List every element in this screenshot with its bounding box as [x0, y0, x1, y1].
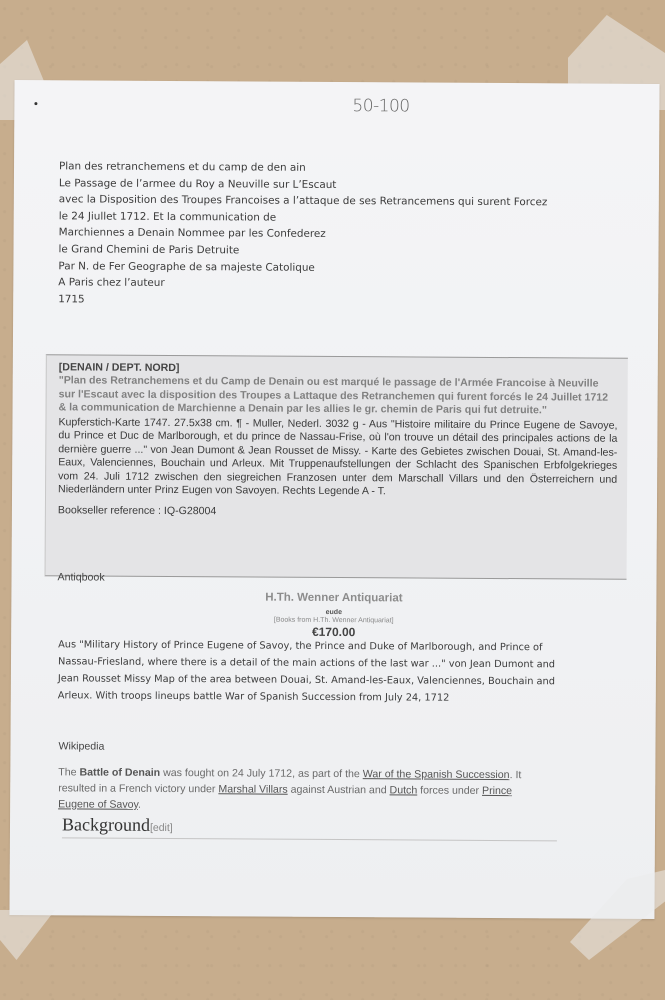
source-label: Antiqbook — [57, 571, 104, 583]
english-translation: Aus "Military History of Prince Eugene o… — [58, 636, 578, 707]
background-section-heading: Background[edit] — [62, 814, 557, 841]
seller-name: H.Th. Wenner Antiquariat — [11, 590, 656, 606]
handwritten-price-note: 50-100 — [352, 96, 409, 116]
link-war-of-spanish-succession[interactable]: War of the Spanish Succession — [363, 768, 510, 781]
tape-bottom-left — [0, 910, 55, 960]
wikipedia-label: Wikipedia — [58, 740, 104, 752]
edit-link[interactable]: [edit] — [150, 822, 173, 834]
bold-term: Battle of Denain — [79, 766, 160, 778]
transcription-line: 1715 — [58, 291, 547, 311]
text: forces under — [417, 785, 482, 797]
text: The — [58, 766, 79, 778]
title-transcription: Plan des retranchemens et du camp de den… — [58, 158, 547, 310]
section-heading: Background — [62, 814, 150, 835]
listing-description: Kupferstich-Karte 1747. 27.5x38 cm. ¶ - … — [58, 416, 617, 500]
link-marshal-villars[interactable]: Marshal Villars — [218, 783, 287, 795]
seller-block: H.Th. Wenner Antiquariat eude [Books fro… — [11, 590, 656, 641]
link-dutch[interactable]: Dutch — [390, 784, 418, 796]
text: . — [138, 799, 141, 811]
paper-sheet: 50-100 Plan des retranchemens et du camp… — [9, 80, 659, 919]
listing-title: "Plan des Retranchemens et du Camp de De… — [59, 374, 618, 418]
text: was fought on 24 July 1712, as part of t… — [160, 767, 363, 780]
pin-dot — [34, 102, 37, 105]
listing-box: [DENAIN / DEPT. NORD] "Plan des Retranch… — [45, 354, 628, 580]
bookseller-reference: Bookseller reference : IQ-G28004 — [58, 504, 617, 519]
transcription-line: A Paris chez l’auteur — [58, 274, 547, 294]
text: against Austrian and — [288, 784, 390, 797]
wikipedia-excerpt: The Battle of Denain was fought on 24 Ju… — [58, 764, 546, 815]
